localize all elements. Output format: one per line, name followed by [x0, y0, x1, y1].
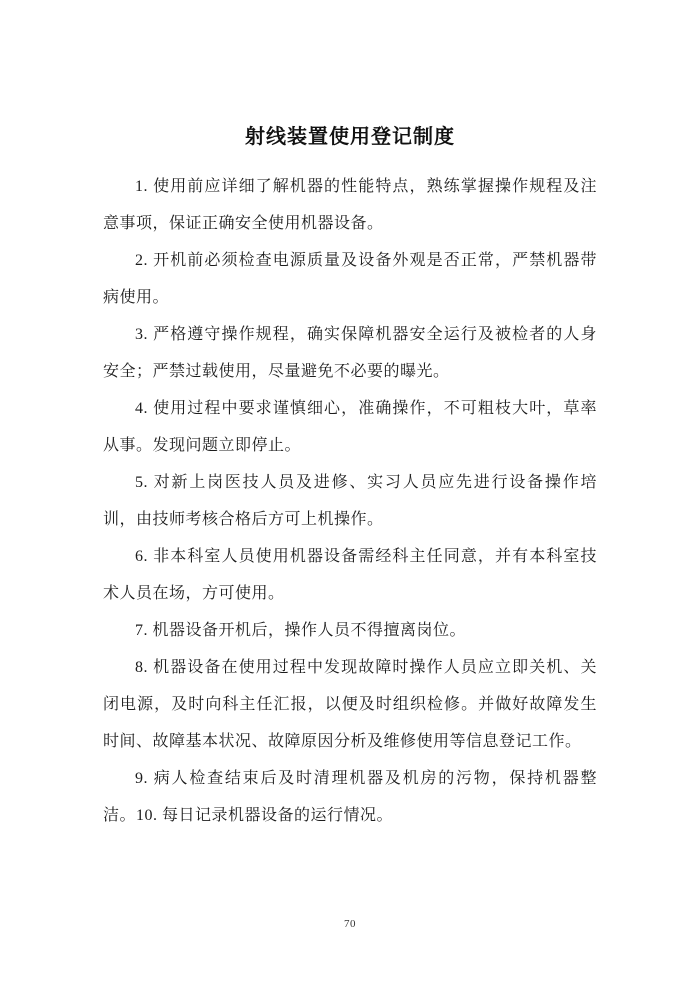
paragraph-list: 1. 使用前应详细了解机器的性能特点，熟练掌握操作规程及注意事项，保证正确安全使… [103, 168, 597, 834]
paragraph-item-8: 8. 机器设备在使用过程中发现故障时操作人员应立即关机、关闭电源，及时向科主任汇… [103, 649, 597, 760]
paragraph-item-9: 9. 病人检查结束后及时清理机器及机房的污物，保持机器整洁。10. 每日记录机器… [103, 760, 597, 834]
paragraph-item-5: 5. 对新上岗医技人员及进修、实习人员应先进行设备操作培训，由技师考核合格后方可… [103, 464, 597, 538]
document-page: 射线装置使用登记制度 1. 使用前应详细了解机器的性能特点，熟练掌握操作规程及注… [0, 0, 700, 990]
paragraph-item-2: 2. 开机前必须检查电源质量及设备外观是否正常，严禁机器带病使用。 [103, 242, 597, 316]
page-title: 射线装置使用登记制度 [103, 122, 597, 152]
page-number: 70 [0, 918, 700, 930]
paragraph-item-6: 6. 非本科室人员使用机器设备需经科主任同意，并有本科室技术人员在场，方可使用。 [103, 538, 597, 612]
paragraph-item-7: 7. 机器设备开机后，操作人员不得擅离岗位。 [103, 612, 597, 649]
paragraph-item-1: 1. 使用前应详细了解机器的性能特点，熟练掌握操作规程及注意事项，保证正确安全使… [103, 168, 597, 242]
paragraph-item-3: 3. 严格遵守操作规程，确实保障机器安全运行及被检者的人身安全；严禁过载使用，尽… [103, 316, 597, 390]
document-content: 射线装置使用登记制度 1. 使用前应详细了解机器的性能特点，熟练掌握操作规程及注… [103, 122, 597, 834]
paragraph-item-4: 4. 使用过程中要求谨慎细心，准确操作，不可粗枝大叶，草率从事。发现问题立即停止… [103, 390, 597, 464]
